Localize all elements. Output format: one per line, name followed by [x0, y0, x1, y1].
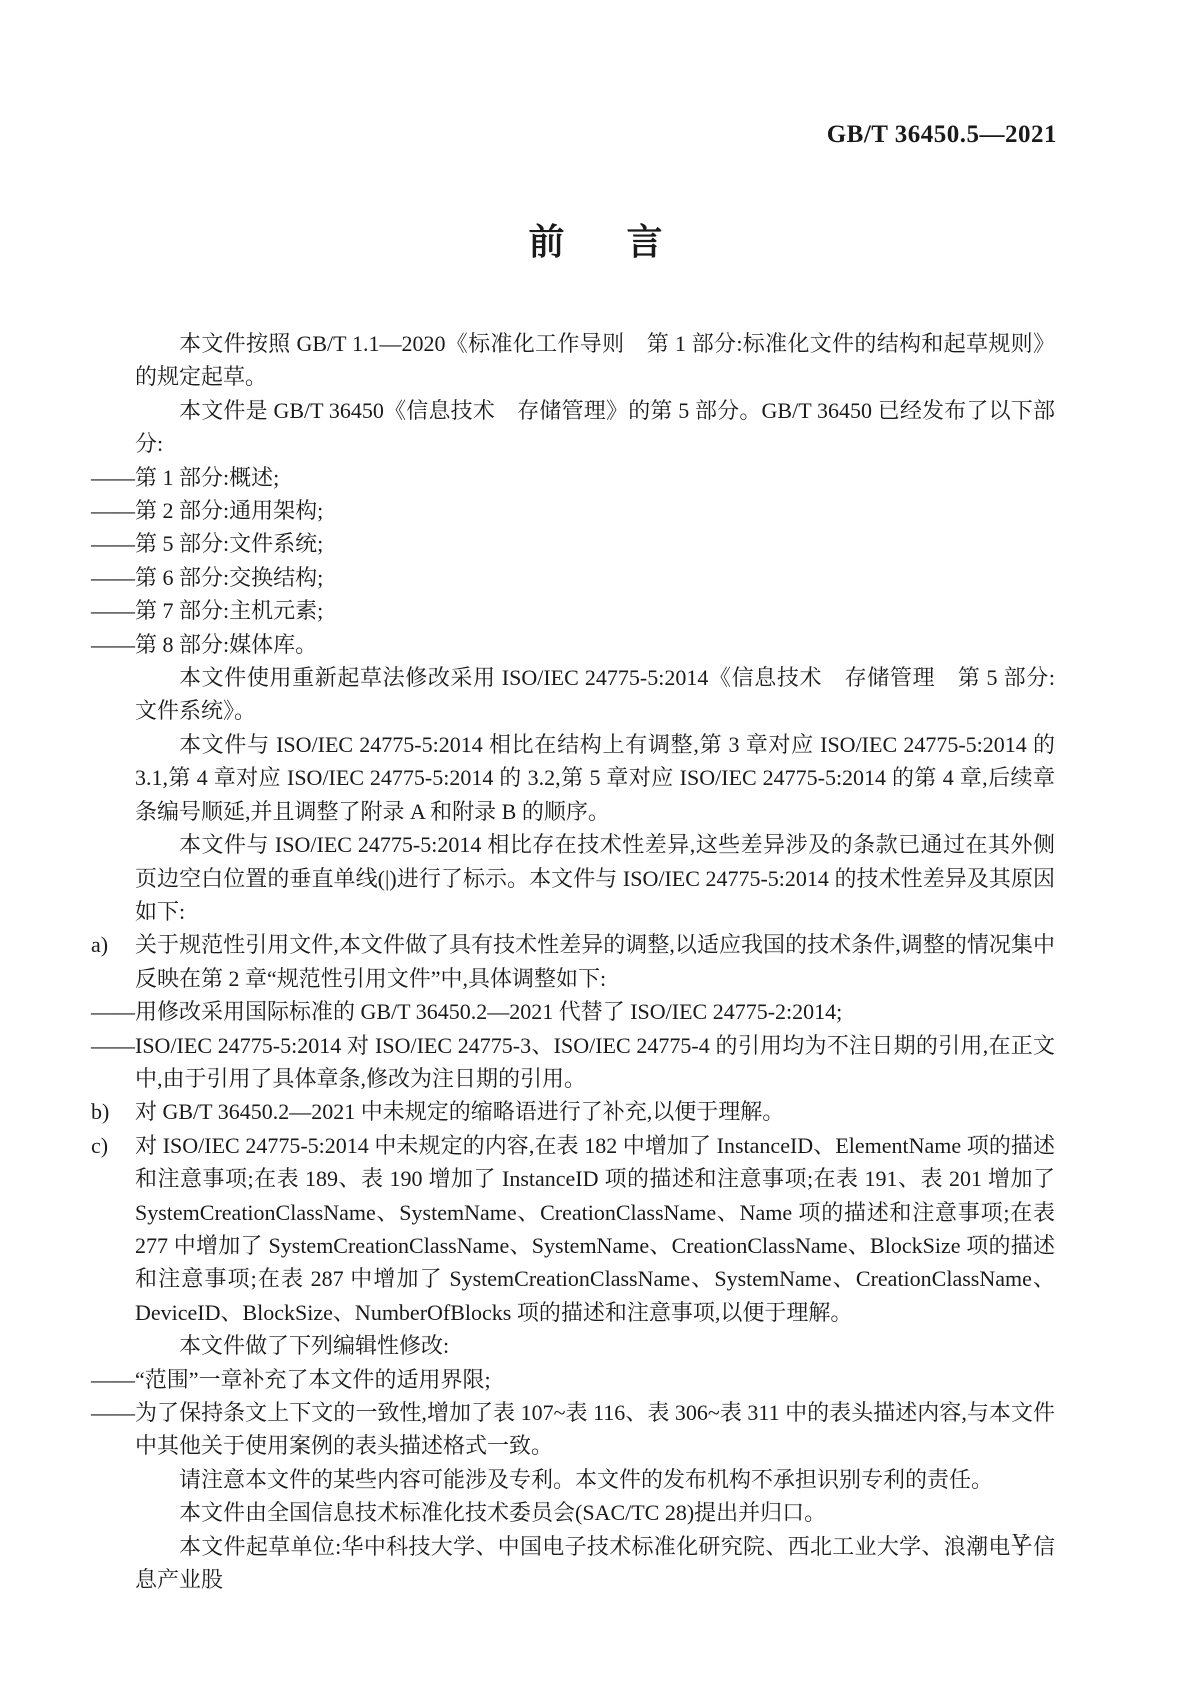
sub-list-item-2: ——ISO/IEC 24775-5:2014 对 ISO/IEC 24775-3…: [135, 1029, 1055, 1096]
paragraph-structure-changes: 本文件与 ISO/IEC 24775-5:2014 相比在结构上有调整,第 3 …: [135, 728, 1055, 828]
lettered-item-a-text: 关于规范性引用文件,本文件做了具有技术性差异的调整,以适应我国的技术条件,调整的…: [135, 932, 1055, 990]
list-item-part-1: ——第 1 部分:概述;: [135, 461, 1055, 494]
list-item-part-6: ——第 6 部分:交换结构;: [135, 561, 1055, 594]
list-item-part-7: ——第 7 部分:主机元素;: [135, 594, 1055, 627]
page-number: V: [1012, 1529, 1027, 1554]
lettered-item-a: a)关于规范性引用文件,本文件做了具有技术性差异的调整,以适应我国的技术条件,调…: [135, 928, 1055, 995]
paragraph-adoption: 本文件使用重新起草法修改采用 ISO/IEC 24775-5:2014《信息技术…: [135, 661, 1055, 728]
paragraph-drafting-rules: 本文件按照 GB/T 1.1—2020《标准化工作导则 第 1 部分:标准化文件…: [135, 327, 1055, 394]
list-marker-b: b): [91, 1095, 135, 1128]
paragraph-patent-notice: 请注意本文件的某些内容可能涉及专利。本文件的发布机构不承担识别专利的责任。: [135, 1463, 1055, 1496]
lettered-item-b-text: 对 GB/T 36450.2—2021 中未规定的缩略语进行了补充,以便于理解。: [135, 1099, 784, 1124]
foreword-body: 本文件按照 GB/T 1.1—2020《标准化工作导则 第 1 部分:标准化文件…: [135, 327, 1055, 1596]
paragraph-technical-differences: 本文件与 ISO/IEC 24775-5:2014 相比存在技术性差异,这些差异…: [135, 828, 1055, 928]
list-marker-c: c): [91, 1129, 135, 1162]
paragraph-editorial-changes: 本文件做了下列编辑性修改:: [135, 1329, 1055, 1362]
paragraph-series-intro: 本文件是 GB/T 36450《信息技术 存储管理》的第 5 部分。GB/T 3…: [135, 394, 1055, 461]
foreword-title-char-left: 前: [528, 222, 564, 262]
foreword-title-char-right: 言: [627, 222, 663, 262]
standard-number: GB/T 36450.5—2021: [827, 121, 1057, 149]
paragraph-committee: 本文件由全国信息技术标准化技术委员会(SAC/TC 28)提出并归口。: [135, 1496, 1055, 1529]
list-item-part-8: ——第 8 部分:媒体库。: [135, 628, 1055, 661]
list-item-scope: ——“范围”一章补充了本文件的适用界限;: [135, 1363, 1055, 1396]
list-item-part-5: ——第 5 部分:文件系统;: [135, 527, 1055, 560]
lettered-item-c-text: 对 ISO/IEC 24775-5:2014 中未规定的内容,在表 182 中增…: [135, 1133, 1055, 1325]
list-marker-a: a): [91, 928, 135, 961]
lettered-item-b: b)对 GB/T 36450.2—2021 中未规定的缩略语进行了补充,以便于理…: [135, 1095, 1055, 1128]
foreword-title: 前言: [0, 220, 1191, 264]
list-item-table-headers: ——为了保持条文上下文的一致性,增加了表 107~表 116、表 306~表 3…: [135, 1396, 1055, 1463]
lettered-item-c: c)对 ISO/IEC 24775-5:2014 中未规定的内容,在表 182 …: [135, 1129, 1055, 1329]
paragraph-drafting-organizations: 本文件起草单位:华中科技大学、中国电子技术标准化研究院、西北工业大学、浪潮电子信…: [135, 1530, 1055, 1597]
sub-list-item-1: ——用修改采用国际标准的 GB/T 36450.2—2021 代替了 ISO/I…: [135, 995, 1055, 1028]
list-item-part-2: ——第 2 部分:通用架构;: [135, 494, 1055, 527]
document-page: GB/T 36450.5—2021 前言 本文件按照 GB/T 1.1—2020…: [0, 0, 1191, 1684]
